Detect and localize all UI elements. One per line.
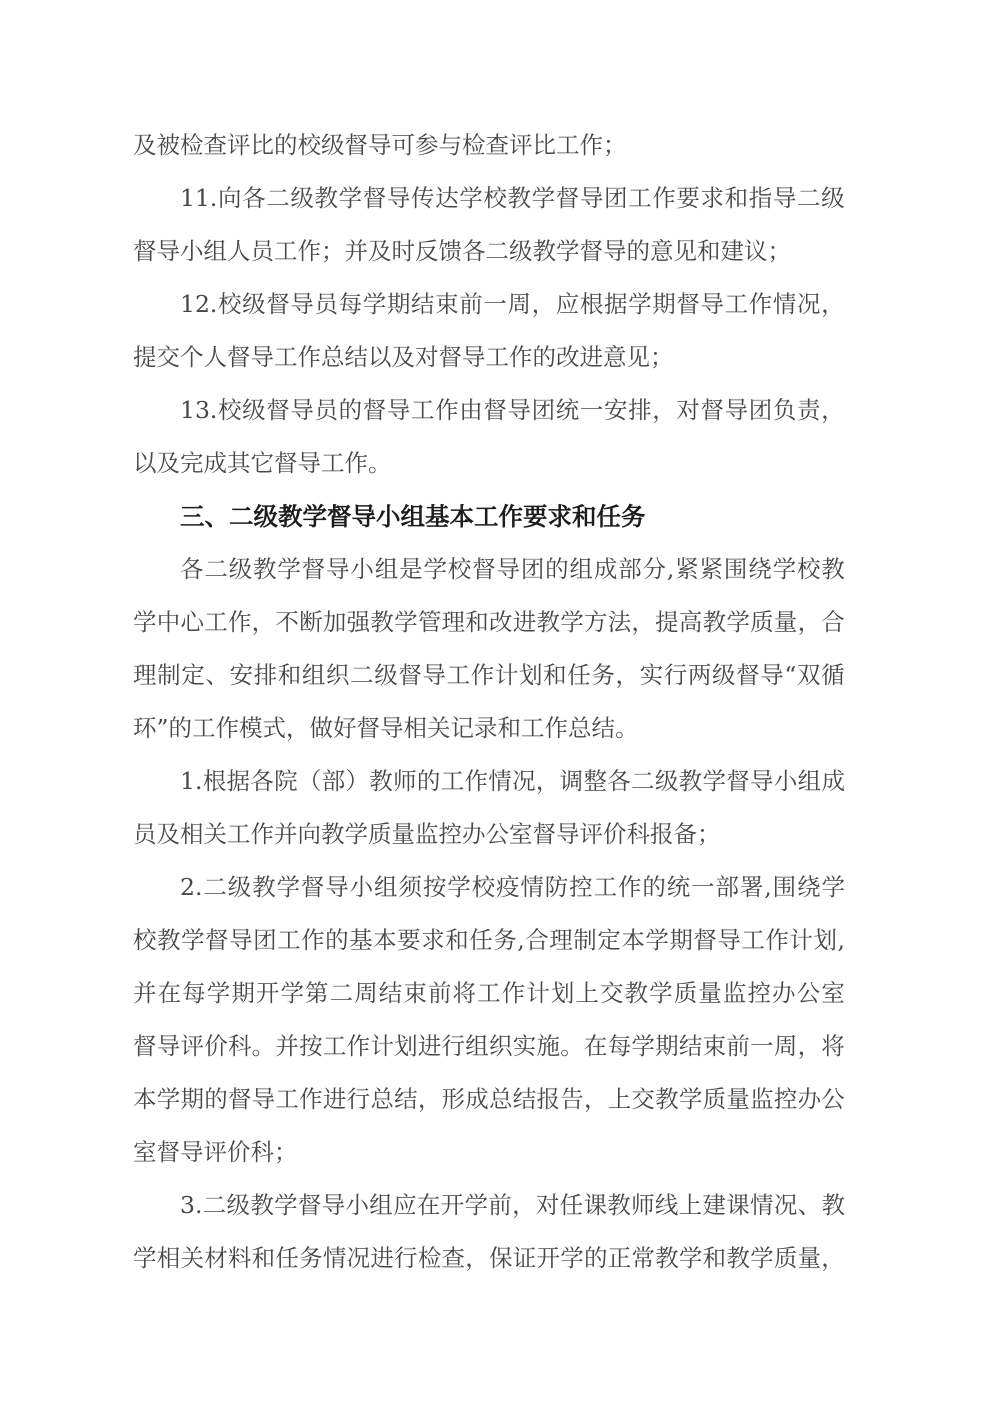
text-line: 13. 校级督导员的督导工作由督导团统一安排，对督导团负责，: [133, 384, 845, 437]
text-line: 室督导评价科；: [133, 1126, 845, 1179]
text-line: 1. 根据各院（部）教师的工作情况，调整各二级教学督导小组成: [133, 755, 845, 808]
text-line: 2. 二级教学督导小组须按学校疫情防控工作的统一部署,围绕学: [133, 861, 845, 914]
text-line: 各二级教学督导小组是学校督导团的组成部分,紧紧围绕学校教: [133, 543, 845, 596]
text-line: 环”的工作模式，做好督导相关记录和工作总结。: [133, 702, 845, 755]
text-line: 校教学督导团工作的基本要求和任务,合理制定本学期督导工作计划,: [133, 914, 845, 967]
text-line: 学中心工作，不断加强教学管理和改进教学方法，提高教学质量，合: [133, 596, 845, 649]
text-line: 及被检查评比的校级督导可参与检查评比工作；: [133, 119, 845, 172]
section-heading: 三、二级教学督导小组基本工作要求和任务: [133, 490, 845, 543]
text-line: 12. 校级督导员每学期结束前一周，应根据学期督导工作情况，: [133, 278, 845, 331]
text-line: 员及相关工作并向教学质量监控办公室督导评价科报备；: [133, 808, 845, 861]
text-line: 以及完成其它督导工作。: [133, 437, 845, 490]
text-line: 提交个人督导工作总结以及对督导工作的改进意见；: [133, 331, 845, 384]
text-line: 学相关材料和任务情况进行检查，保证开学的正常教学和教学质量，: [133, 1232, 845, 1285]
text-line: 理制定、安排和组织二级督导工作计划和任务，实行两级督导“双循: [133, 649, 845, 702]
text-line: 3. 二级教学督导小组应在开学前，对任课教师线上建课情况、教: [133, 1179, 845, 1232]
text-line: 11. 向各二级教学督导传达学校教学督导团工作要求和指导二级: [133, 172, 845, 225]
document-page: 及被检查评比的校级督导可参与检查评比工作；11. 向各二级教学督导传达学校教学督…: [0, 0, 992, 1403]
text-line: 督导评价科。并按工作计划进行组织实施。在每学期结束前一周，将: [133, 1020, 845, 1073]
text-line: 本学期的督导工作进行总结，形成总结报告，上交教学质量监控办公: [133, 1073, 845, 1126]
text-line: 并在每学期开学第二周结束前将工作计划上交教学质量监控办公室: [133, 967, 845, 1020]
text-block: 及被检查评比的校级督导可参与检查评比工作；11. 向各二级教学督导传达学校教学督…: [133, 119, 845, 1285]
text-line: 督导小组人员工作；并及时反馈各二级教学督导的意见和建议；: [133, 225, 845, 278]
